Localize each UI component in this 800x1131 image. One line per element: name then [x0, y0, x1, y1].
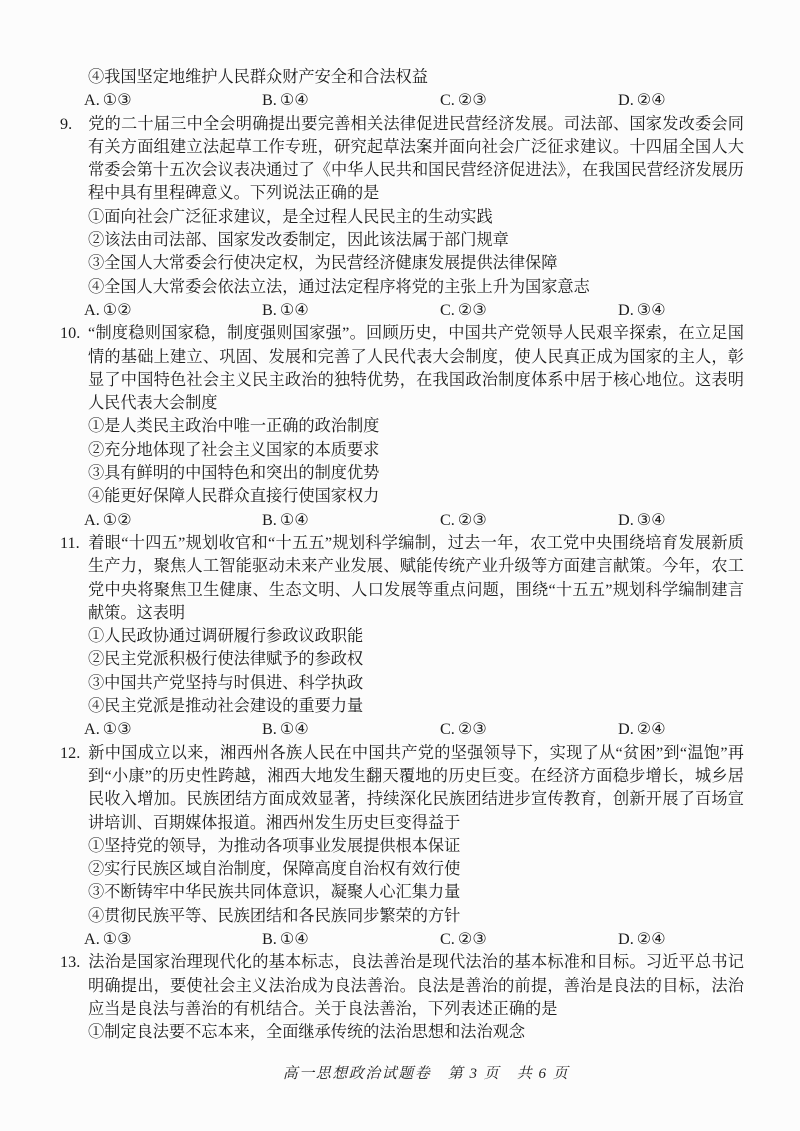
- choice-label: C.: [440, 91, 455, 109]
- answer-choice-c: C.②③: [440, 89, 618, 112]
- statement-line: ④我国坚定地维护人民群众财产安全和合法权益: [60, 66, 744, 89]
- choice-value: ②④: [637, 930, 666, 948]
- question-stem: 10.“制度稳则国家稳，制度强则国家强”。回顾历史，中国共产党领导人民艰辛探索，…: [60, 322, 744, 415]
- answer-choice-b: B.①④: [262, 509, 440, 532]
- answer-choice-a: A.①②: [84, 509, 262, 532]
- choice-label: D.: [618, 301, 634, 319]
- answer-choice-b: B.①④: [262, 718, 440, 741]
- choice-label: A.: [84, 720, 100, 738]
- choice-value: ①④: [280, 301, 309, 319]
- answer-choice-a: A.①②: [84, 299, 262, 322]
- answer-choice-c: C.②③: [440, 299, 618, 322]
- question-11: 11.着眼“十四五”规划收官和“十五五”规划科学编制，过去一年，农工党中央围绕培…: [60, 532, 744, 742]
- statement-line: ③中国共产党坚持与时俱进、科学执政: [60, 672, 744, 695]
- question-9: 9.党的二十届三中全会明确提出要完善相关法律促进民营经济发展。司法部、国家发改委…: [60, 113, 744, 323]
- question-number: 11.: [60, 532, 88, 555]
- answer-choice-d: D.②④: [618, 928, 666, 951]
- answer-row: A.①③ B.①④ C.②③ D.②④: [60, 718, 744, 741]
- question-stem: 12.新中国成立以来，湘西州各族人民在中国共产党的坚强领导下，实现了从“贫困”到…: [60, 742, 744, 835]
- question-stem-text: 新中国成立以来，湘西州各族人民在中国共产党的坚强领导下，实现了从“贫困”到“温饱…: [88, 744, 744, 832]
- statement-line: ③全国人大常委会行使决定权，为民营经济健康发展提供法律保障: [60, 252, 744, 275]
- choice-value: ②③: [458, 720, 487, 738]
- statement-line: ④能更好保障人民群众直接行使国家权力: [60, 485, 744, 508]
- statement-line: ②充分地体现了社会主义国家的本质要求: [60, 439, 744, 462]
- answer-choice-a: A.①③: [84, 89, 262, 112]
- choice-value: ②④: [637, 720, 666, 738]
- choice-value: ②③: [458, 91, 487, 109]
- answer-choice-d: D.②④: [618, 718, 666, 741]
- choice-value: ①③: [103, 930, 132, 948]
- choice-label: C.: [440, 720, 455, 738]
- question-stem-text: “制度稳则国家稳，制度强则国家强”。回顾历史，中国共产党领导人民艰辛探索，在立足…: [88, 324, 744, 412]
- question-stem-text: 党的二十届三中全会明确提出要完善相关法律促进民营经济发展。司法部、国家发改委会同…: [88, 115, 744, 203]
- choice-label: D.: [618, 720, 634, 738]
- statement-line: ②该法由司法部、国家发改委制定，因此该法属于部门规章: [60, 229, 744, 252]
- statement-line: ①坚持党的领导，为推动各项事业发展提供根本保证: [60, 835, 744, 858]
- choice-label: D.: [618, 91, 634, 109]
- choice-value: ②③: [458, 301, 487, 319]
- choice-label: C.: [440, 301, 455, 319]
- answer-choice-a: A.①③: [84, 928, 262, 951]
- exam-page: ④我国坚定地维护人民群众财产安全和合法权益 A.①③ B.①④ C.②③ D.②…: [0, 0, 800, 1131]
- question-number: 13.: [60, 951, 88, 974]
- choice-value: ③④: [637, 511, 666, 529]
- choice-value: ①③: [103, 720, 132, 738]
- statement-line: ③具有鲜明的中国特色和突出的制度优势: [60, 462, 744, 485]
- choice-value: ①③: [103, 91, 132, 109]
- choice-value: ①④: [280, 720, 309, 738]
- answer-row: A.①③ B.①④ C.②③ D.②④: [60, 928, 744, 951]
- choice-value: ①④: [280, 91, 309, 109]
- question-8-partial: ④我国坚定地维护人民群众财产安全和合法权益 A.①③ B.①④ C.②③ D.②…: [60, 66, 744, 113]
- statement-line: ②民主党派积极行使法律赋予的参政权: [60, 648, 744, 671]
- statement-line: ①面向社会广泛征求建议，是全过程人民民主的生动实践: [60, 206, 744, 229]
- choice-label: B.: [262, 91, 277, 109]
- choice-label: A.: [84, 301, 100, 319]
- choice-label: A.: [84, 930, 100, 948]
- statement-line: ④全国人大常委会依法立法，通过法定程序将党的主张上升为国家意志: [60, 276, 744, 299]
- choice-value: ②④: [637, 91, 666, 109]
- choice-label: A.: [84, 91, 100, 109]
- choice-value: ②③: [458, 511, 487, 529]
- answer-choice-d: D.③④: [618, 509, 666, 532]
- statement-line: ④民主党派是推动社会建设的重要力量: [60, 695, 744, 718]
- choice-value: ①②: [103, 511, 132, 529]
- question-10: 10.“制度稳则国家稳，制度强则国家强”。回顾历史，中国共产党领导人民艰辛探索，…: [60, 322, 744, 532]
- statement-line: ②实行民族区域自治制度，保障高度自治权有效行使: [60, 858, 744, 881]
- choice-label: C.: [440, 930, 455, 948]
- answer-choice-b: B.①④: [262, 928, 440, 951]
- choice-label: B.: [262, 720, 277, 738]
- answer-choice-c: C.②③: [440, 509, 618, 532]
- answer-choice-b: B.①④: [262, 89, 440, 112]
- answer-choice-d: D.③④: [618, 299, 666, 322]
- question-13-partial: 13.法治是国家治理现代化的基本标志，良法善治是现代法治的基本标准和目标。习近平…: [60, 951, 744, 1044]
- statement-line: ③不断铸牢中华民族共同体意识，凝聚人心汇集力量: [60, 881, 744, 904]
- statement-line: ①人民政协通过调研履行参政议政职能: [60, 625, 744, 648]
- choice-label: B.: [262, 930, 277, 948]
- answer-choice-a: A.①③: [84, 718, 262, 741]
- question-stem: 9.党的二十届三中全会明确提出要完善相关法律促进民营经济发展。司法部、国家发改委…: [60, 113, 744, 206]
- statement-line: ④贯彻民族平等、民族团结和各民族同步繁荣的方针: [60, 905, 744, 928]
- statement-line: ①制定良法要不忘本来，全面继承传统的法治思想和法治观念: [60, 1021, 744, 1044]
- answer-choice-c: C.②③: [440, 718, 618, 741]
- question-number: 9.: [60, 113, 88, 136]
- question-stem: 11.着眼“十四五”规划收官和“十五五”规划科学编制，过去一年，农工党中央围绕培…: [60, 532, 744, 625]
- choice-label: B.: [262, 511, 277, 529]
- choice-value: ③④: [637, 301, 666, 319]
- choice-value: ①④: [280, 930, 309, 948]
- question-number: 12.: [60, 742, 88, 765]
- choice-label: D.: [618, 930, 634, 948]
- choice-label: B.: [262, 301, 277, 319]
- answer-row: A.①② B.①④ C.②③ D.③④: [60, 299, 744, 322]
- question-stem: 13.法治是国家治理现代化的基本标志，良法善治是现代法治的基本标准和目标。习近平…: [60, 951, 744, 1021]
- answer-row: A.①② B.①④ C.②③ D.③④: [60, 509, 744, 532]
- answer-row: A.①③ B.①④ C.②③ D.②④: [60, 89, 744, 112]
- statement-line: ①是人类民主政治中唯一正确的政治制度: [60, 415, 744, 438]
- choice-value: ①④: [280, 511, 309, 529]
- question-number: 10.: [60, 322, 88, 345]
- question-12: 12.新中国成立以来，湘西州各族人民在中国共产党的坚强领导下，实现了从“贫困”到…: [60, 742, 744, 952]
- choice-value: ②③: [458, 930, 487, 948]
- answer-choice-c: C.②③: [440, 928, 618, 951]
- choice-label: A.: [84, 511, 100, 529]
- choice-value: ①②: [103, 301, 132, 319]
- answer-choice-d: D.②④: [618, 89, 666, 112]
- choice-label: C.: [440, 511, 455, 529]
- page-footer: 高一思想政治试题卷 第 3 页 共 6 页: [0, 1062, 800, 1083]
- choice-label: D.: [618, 511, 634, 529]
- question-stem-text: 法治是国家治理现代化的基本标志，良法善治是现代法治的基本标准和目标。习近平总书记…: [88, 953, 744, 1018]
- exam-content: ④我国坚定地维护人民群众财产安全和合法权益 A.①③ B.①④ C.②③ D.②…: [60, 66, 744, 1044]
- question-stem-text: 着眼“十四五”规划收官和“十五五”规划科学编制，过去一年，农工党中央围绕培育发展…: [88, 534, 744, 622]
- answer-choice-b: B.①④: [262, 299, 440, 322]
